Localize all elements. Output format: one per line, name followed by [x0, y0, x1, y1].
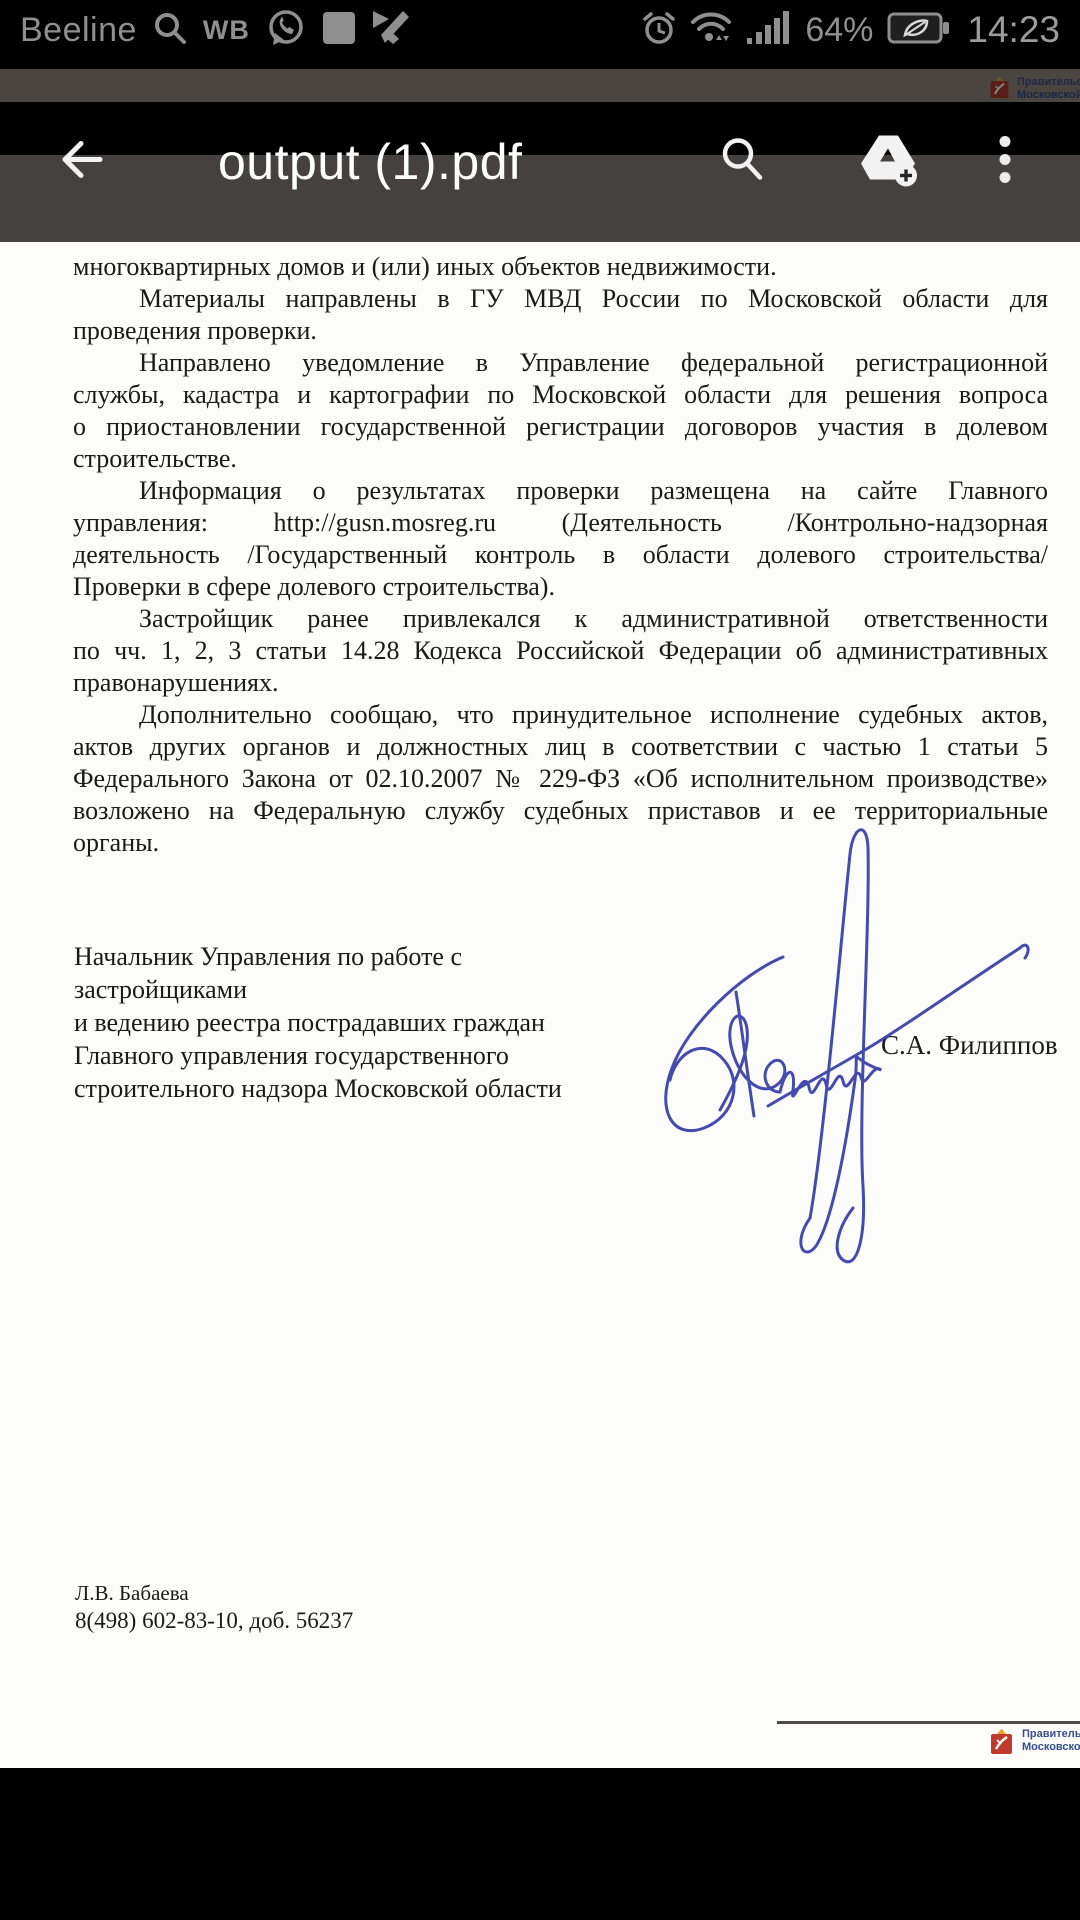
- contact-phone: 8(498) 602-83-10, доб. 56237: [75, 1606, 353, 1636]
- document-title: output (1).pdf: [218, 133, 522, 191]
- document-text-line: Дополнительно сообщаю, что принудительно…: [73, 699, 1048, 731]
- government-logo-line2: Московской об: [1017, 89, 1080, 102]
- document-text-line: Информация о результатах проверки размещ…: [73, 475, 1048, 507]
- carrier-label: Beeline: [20, 11, 137, 50]
- government-logo-line2: Московской об: [1022, 1741, 1080, 1754]
- contact-name: Л.В. Бабаева: [75, 1580, 353, 1606]
- document-text-line: Направлено уведомление в Управление феде…: [73, 347, 1048, 379]
- document-text-line: Проверки в сфере долевого строительства)…: [73, 571, 1048, 603]
- document-text-line: правонарушениях.: [73, 667, 1048, 699]
- government-logo-line1: Правительство: [1022, 1728, 1080, 1741]
- document-text-line: Материалы направлены в ГУ МВД России по …: [73, 283, 1048, 315]
- phone-screen: Beeline WB: [0, 0, 1080, 1920]
- previous-page-fragment: Правительство Московской об: [0, 69, 1080, 102]
- toolbar-search-icon[interactable]: [716, 134, 768, 191]
- alarm-icon: [641, 10, 677, 51]
- signatory-title-line: Начальник Управления по работе с застрой…: [74, 940, 634, 1006]
- signatory-title-block: Начальник Управления по работе с застрой…: [74, 940, 634, 1105]
- back-arrow-icon[interactable]: [56, 134, 108, 191]
- wifi-icon: [689, 8, 735, 53]
- page-footer-logo: Правительство Московской об: [988, 1728, 1080, 1760]
- document-text-line: о приостановлении государственной регист…: [73, 411, 1048, 443]
- document-text-line: многоквартирных домов и (или) иных объек…: [73, 251, 1048, 283]
- previous-page-logo: Правительство Московской об: [988, 76, 1080, 102]
- contact-block: Л.В. Бабаева 8(498) 602-83-10, доб. 5623…: [75, 1580, 353, 1636]
- document-text-line: управления: http://gusn.mosreg.ru (Деяте…: [73, 507, 1048, 539]
- search-icon: [152, 10, 188, 51]
- flag-check-icon: [371, 9, 411, 52]
- status-bar-right: 64% 14:23: [641, 8, 1060, 53]
- document-text-line: проведения проверки.: [73, 315, 1048, 347]
- status-bar: Beeline WB: [0, 0, 1080, 60]
- wb-badge: WB: [203, 15, 250, 46]
- signal-icon: [747, 9, 791, 52]
- battery-percent-label: 64%: [805, 11, 873, 50]
- app-square-icon: [322, 11, 356, 50]
- pdf-page[interactable]: многоквартирных домов и (или) иных объек…: [0, 242, 1080, 1768]
- document-text-line: строительстве.: [73, 443, 1048, 475]
- document-text-line: Застройщик ранее привлекался к администр…: [73, 603, 1048, 635]
- overflow-menu-icon[interactable]: [998, 134, 1012, 191]
- signer-name: С.А. Филиппов: [881, 1030, 1058, 1061]
- document-text-line: Федерального Закона от 02.10.2007 № 229-…: [73, 763, 1048, 795]
- government-logo-text: Правительство Московской об: [1022, 1728, 1080, 1754]
- document-text-line: возложено на Федеральную службу судебных…: [73, 795, 1048, 827]
- signatory-title-line: строительного надзора Московской области: [74, 1072, 634, 1105]
- add-to-drive-icon[interactable]: [860, 132, 918, 193]
- document-paragraphs: многоквартирных домов и (или) иных объек…: [73, 251, 1048, 859]
- signatory-title-line: и ведению реестра пострадавших граждан: [74, 1006, 634, 1039]
- clock-label: 14:23: [967, 9, 1060, 51]
- government-logo-line1: Правительство: [1017, 76, 1080, 89]
- whatsapp-icon: [265, 7, 307, 54]
- status-bar-left: Beeline WB: [20, 7, 411, 54]
- signatory-title-line: Главного управления государственного: [74, 1039, 634, 1072]
- government-crest-icon: [988, 1728, 1015, 1760]
- government-logo-text: Правительство Московской об: [1017, 76, 1080, 102]
- document-text-line: деятельность /Государственный контроль в…: [73, 539, 1048, 571]
- document-text-line: по чч. 1, 2, 3 статьи 14.28 Кодекса Росс…: [73, 635, 1048, 667]
- document-text-line: органы.: [73, 827, 1048, 859]
- battery-leaf-icon: [887, 11, 951, 50]
- document-text-line: актов других органов и должностных лиц в…: [73, 731, 1048, 763]
- government-crest-icon: [988, 76, 1011, 102]
- page-footer-rule: [777, 1721, 1080, 1724]
- pdf-viewer-toolbar: output (1).pdf: [0, 108, 1080, 216]
- document-text-line: службы, кадастра и картографии по Москов…: [73, 379, 1048, 411]
